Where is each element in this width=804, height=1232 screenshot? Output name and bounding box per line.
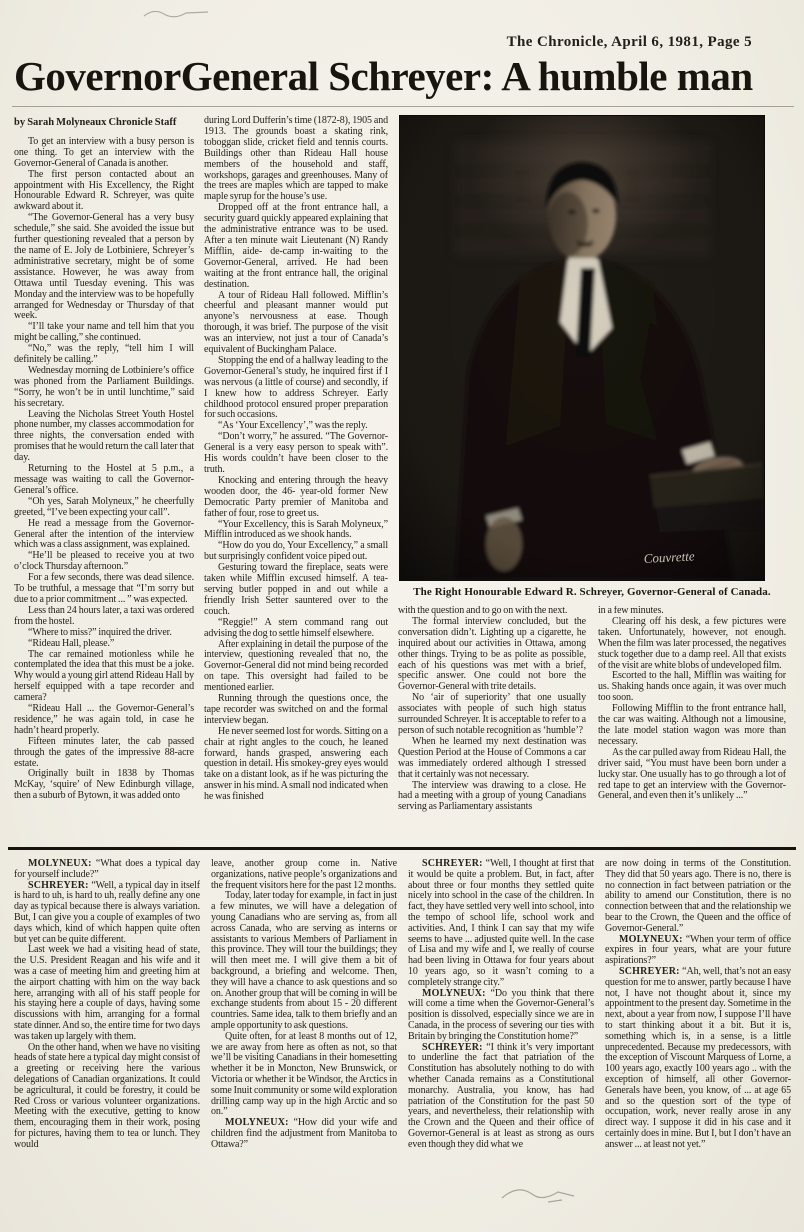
- paragraph: Today, later today for example, in fact …: [211, 891, 397, 1031]
- speaker-label: MOLYNEUX:: [619, 934, 686, 945]
- paragraph: Running through the questions once, the …: [204, 694, 388, 727]
- paragraph: No ‘air of superiority’ that one usually…: [398, 693, 586, 737]
- paragraph: Fifteen minutes later, the cab passed th…: [14, 737, 194, 770]
- paragraph: “Don’t worry,” he assured. “The Governor…: [204, 432, 388, 476]
- paragraph: Clearing off his desk, a few pictures we…: [598, 617, 786, 672]
- section-divider-rule: [8, 847, 796, 850]
- paragraph: For a few seconds, there was dead silenc…: [14, 573, 194, 606]
- headline-rule: [12, 106, 794, 107]
- photo-caption: The Right Honourable Edward R. Schreyer,…: [398, 586, 786, 598]
- paragraph: Following Mifflin to the front entrance …: [598, 704, 786, 748]
- paragraph: “Where to miss?” inquired the driver.: [14, 628, 194, 639]
- article-column-3: with the question and to go on with the …: [398, 606, 586, 844]
- portrait-photo-illustration: Couvrette: [400, 116, 764, 580]
- speaker-label: SCHREYER:: [422, 859, 486, 869]
- paragraph: Escorted to the hall, Mifflin was waitin…: [598, 671, 786, 704]
- paragraph: “Rideau Hall, please.”: [14, 639, 194, 650]
- paragraph: SCHREYER: “Ah, well, that’s not an easy …: [605, 967, 791, 1151]
- paragraph: SCHREYER: “Well, a typical day in itself…: [14, 881, 200, 946]
- article-top-section: by Sarah Molyneaux Chronicle Staff To ge…: [14, 116, 792, 846]
- paragraph: SCHREYER: “Well, I thought at first that…: [408, 859, 594, 989]
- article-column-2: during Lord Dufferin’s time (1872-8), 19…: [204, 116, 388, 846]
- speaker-label: MOLYNEUX:: [225, 1117, 293, 1128]
- paragraph: Returning to the Hostel at 5 p.m., a mes…: [14, 464, 194, 497]
- paragraph: Gesturing toward the fireplace, seats we…: [204, 563, 388, 618]
- paragraph: Stopping the end of a hallway leading to…: [204, 356, 388, 421]
- article-column-4: in a few minutes.Clearing off his desk, …: [598, 606, 786, 844]
- paragraph: Less than 24 hours later, a taxi was ord…: [14, 606, 194, 628]
- paragraph: The interview was drawing to a close. He…: [398, 781, 586, 814]
- paragraph: “How do you do, Your Excellency,” a smal…: [204, 541, 388, 563]
- paragraph: The first person contacted about an appo…: [14, 170, 194, 214]
- interview-column-2: leave, another group come in. Native org…: [211, 859, 397, 1197]
- paragraph: He never seemed lost for words. Sitting …: [204, 727, 388, 803]
- speaker-label: SCHREYER:: [422, 1042, 486, 1053]
- byline: by Sarah Molyneaux Chronicle Staff: [14, 118, 194, 129]
- paragraph: The formal interview concluded, but the …: [398, 617, 586, 693]
- masthead-dateline: The Chronicle, April 6, 1981, Page 5: [507, 34, 752, 51]
- paragraph: “Oh yes, Sarah Molyneux,” he cheerfully …: [14, 497, 194, 519]
- paragraph: “Reggie!” A stern command rang out advis…: [204, 618, 388, 640]
- paragraph: are now doing in terms of the Constituti…: [605, 859, 791, 935]
- pencil-mark: [142, 4, 212, 22]
- paragraph: As the car pulled away from Rideau Hall,…: [598, 748, 786, 803]
- paragraph: “The Governor-General has a very busy sc…: [14, 213, 194, 322]
- article-column-1-text: To get an interview with a busy person i…: [14, 137, 194, 802]
- paragraph: MOLYNEUX: “How did your wife and childre…: [211, 1118, 397, 1150]
- paragraph: “Your Excellency, this is Sarah Molyneux…: [204, 520, 388, 542]
- paragraph: To get an interview with a busy person i…: [14, 137, 194, 170]
- speaker-label: SCHREYER:: [619, 966, 682, 977]
- paragraph: Last week we had a visiting head of stat…: [14, 945, 200, 1042]
- interview-column-1: MOLYNEUX: “What does a typical day for y…: [14, 859, 200, 1197]
- paragraph: Knocking and entering through the heavy …: [204, 476, 388, 520]
- interview-section: MOLYNEUX: “What does a typical day for y…: [14, 859, 792, 1197]
- photographer-signature: Couvrette: [643, 548, 695, 566]
- paragraph: MOLYNEUX: “When your term of office expi…: [605, 935, 791, 967]
- article-subcolumns: with the question and to go on with the …: [398, 606, 786, 844]
- speaker-label: MOLYNEUX:: [28, 859, 96, 869]
- paragraph: The car remained motionless while he con…: [14, 650, 194, 705]
- paragraph: Leaving the Nicholas Street Youth Hostel…: [14, 410, 194, 465]
- interview-column-4: are now doing in terms of the Constituti…: [605, 859, 791, 1197]
- paragraph: A tour of Rideau Hall followed. Mifflin’…: [204, 291, 388, 356]
- newspaper-page: { "colors": { "paper": "#f2efe6", "ink":…: [0, 0, 804, 1232]
- paragraph: “I’ll take your name and tell him that y…: [14, 322, 194, 344]
- paragraph: “No,” was the reply, “tell him I will de…: [14, 344, 194, 366]
- paragraph: When he learned my next destination was …: [398, 737, 586, 781]
- paragraph: Quite often, for at least 8 months out o…: [211, 1032, 397, 1118]
- paragraph: After explaining in detail the purpose o…: [204, 640, 388, 695]
- paragraph: SCHREYER: “I think it’s very important t…: [408, 1043, 594, 1151]
- paragraph: Wednesday morning de Lotbiniere’s office…: [14, 366, 194, 410]
- paragraph: He read a message from the Governor-Gene…: [14, 519, 194, 552]
- paragraph: during Lord Dufferin’s time (1872-8), 19…: [204, 116, 388, 203]
- photo-block: Couvrette The Right Honourable Edward R.…: [398, 116, 786, 846]
- paragraph: On the other hand, when we have no visit…: [14, 1043, 200, 1151]
- speaker-label: SCHREYER:: [28, 880, 91, 891]
- paragraph: MOLYNEUX: “What does a typical day for y…: [14, 859, 200, 881]
- speaker-label: MOLYNEUX:: [422, 988, 491, 999]
- paragraph: “Rideau Hall ... the Governor-General’s …: [14, 704, 194, 737]
- interview-column-3: SCHREYER: “Well, I thought at first that…: [408, 859, 594, 1197]
- paragraph: Originally built in 1838 by Thomas McKay…: [14, 769, 194, 802]
- article-column-1: by Sarah Molyneaux Chronicle Staff To ge…: [14, 116, 194, 846]
- portrait-photo: Couvrette: [400, 116, 764, 580]
- paragraph: “He’ll be pleased to receive you at two …: [14, 551, 194, 573]
- paragraph: Dropped off at the front entrance hall, …: [204, 203, 388, 290]
- page-headline: GovernorGeneral Schreyer: A humble man: [14, 56, 794, 97]
- paragraph: leave, another group come in. Native org…: [211, 859, 397, 891]
- paragraph: MOLYNEUX: “Do you think that there will …: [408, 989, 594, 1043]
